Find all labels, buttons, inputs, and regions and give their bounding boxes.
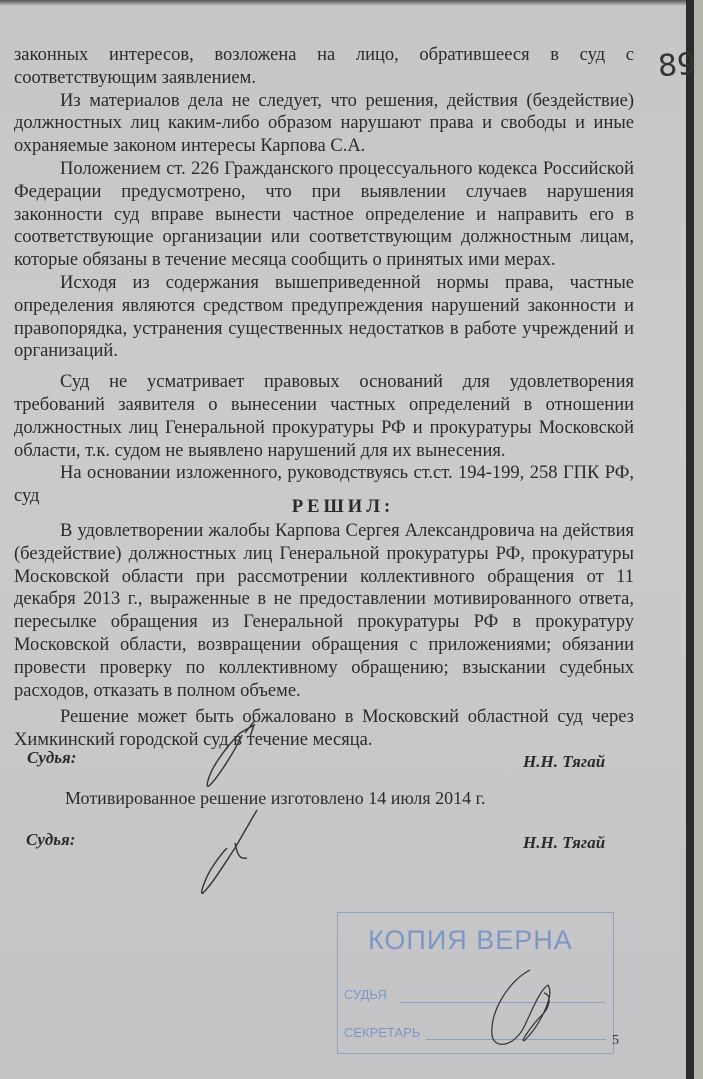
- judge-name: Н.Н. Тягай: [523, 833, 605, 853]
- motivated-decision-note: Мотивированное решение изготовлено 14 ию…: [65, 788, 485, 809]
- paragraph: Исходя из содержания вышеприведенной нор…: [14, 272, 634, 363]
- judge-name: Н.Н. Тягай: [523, 752, 605, 772]
- paragraph: Из материалов дела не следует, что решен…: [14, 90, 634, 158]
- decision-paragraph: Решение может быть обжаловано в Московск…: [14, 706, 634, 752]
- signature-scribble-icon: [200, 715, 280, 795]
- stamp-secretary-label: СЕКРЕТАРЬ: [344, 1025, 420, 1040]
- signature-scribble-icon: [195, 808, 275, 898]
- page-top-shadow: [0, 0, 686, 6]
- decision-paragraph: В удовлетворении жалобы Карпова Сергея А…: [14, 520, 634, 702]
- page-number: 5: [612, 1033, 619, 1049]
- paragraph: Положением ст. 226 Гражданского процессу…: [14, 158, 634, 272]
- paragraph: Суд не усматривает правовых оснований дл…: [14, 371, 634, 462]
- stamp-title: КОПИЯ ВЕРНА: [368, 925, 573, 956]
- page-edge-shadow: [686, 0, 694, 1079]
- judge-label: Судья:: [26, 830, 75, 850]
- paragraph: законных интересов, возложена на лицо, о…: [14, 44, 634, 90]
- background-surface: [694, 0, 703, 1079]
- body-text-block: законных интересов, возложена на лицо, о…: [14, 44, 634, 508]
- handwritten-page-number: 89: [657, 47, 698, 85]
- stamp-judge-label: СУДЬЯ: [344, 987, 387, 1002]
- stamp-signature-icon: [470, 965, 580, 1075]
- judge-label: Судья:: [27, 748, 76, 768]
- decision-text-block: В удовлетворении жалобы Карпова Сергея А…: [14, 520, 634, 752]
- decision-heading: РЕШИЛ:: [0, 497, 686, 518]
